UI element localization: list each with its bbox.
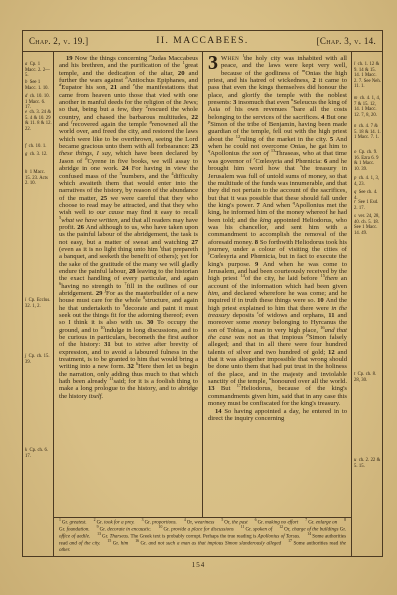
margin-note-reference: ver. 24, 28, 40. ch. 5. 18. See 1 Macc. …: [354, 214, 380, 236]
body-text: recovered again the temple: [73, 121, 150, 128]
margin-note-letter: u: [354, 458, 356, 463]
margin-note: p ch. 4. 1, 3, 4, 23.: [354, 176, 381, 187]
body-text: Or,: [224, 521, 232, 526]
body-text: Gr.: [258, 521, 266, 526]
body-text: numbers, and the: [122, 173, 172, 180]
italic-text: him: [208, 290, 218, 297]
verse-number: 30: [147, 319, 157, 326]
book-title: II. MACCABEES.: [156, 36, 249, 46]
body-text: insomuch that even: [238, 99, 291, 106]
italic-text: spoken of: [253, 528, 272, 533]
body-text: Eupator his son,: [61, 84, 110, 91]
body-text: and: [59, 121, 71, 128]
margin-note: h 1 Macc. 15. 23. Acts 2. 10.: [25, 170, 52, 187]
footnote-marker: 8: [344, 518, 346, 522]
verse-number: 27: [191, 239, 198, 246]
margin-note-letter: n: [354, 124, 356, 129]
margin-note-reference: 1 Macc. 15. 23. Acts 2. 10.: [25, 170, 48, 186]
verse-number: 22: [191, 114, 198, 121]
margin-note-reference: ch. 3. 12.: [28, 152, 47, 157]
verse-number: 21: [110, 84, 120, 91]
margin-note-reference: Cp. Ecclus. 32. 1, 2.: [25, 298, 50, 309]
margin-note-reference: See 1 Macc. 1. 10.: [25, 80, 49, 91]
verse-number: 9: [255, 261, 263, 268]
italic-text: Apollonius of Tarsus.: [258, 535, 301, 540]
chapter-drop-cap: 3: [208, 56, 218, 71]
page-body: a Cp. 1 Macc. 2. 2—5.b See 1 Macc. 1. 10…: [23, 52, 382, 556]
margin-note: n ch. 4. 7 & 5. 18 & 14. 1. 1 Macc. 7. 1…: [354, 124, 381, 141]
verse-number: 10: [317, 297, 326, 304]
header-left-chapter: Chap. 2, v. 19.]: [29, 36, 88, 46]
verse-number: 24: [122, 165, 132, 172]
margin-note: o Cp. ch. 9. 16. Ezra 6. 9 & 1 Macc. 10.…: [354, 150, 381, 172]
margin-note-letter: q: [354, 190, 356, 195]
margin-note-reference: Cp. 1 Macc. 2. 2—5.: [25, 62, 50, 78]
header-right-chapter: [Chap. 3, v. 14.: [317, 36, 376, 46]
body-text: Gr.: [308, 521, 316, 526]
margin-note: i Cp. Ecclus. 32. 1, 2.: [25, 298, 52, 309]
margin-note-reference: ch. 4. 1, 4, 7 & 15. 12, 14. 1 Macc. 12.…: [354, 96, 380, 118]
text-paragraph: 14 So having appointed a day, he entered…: [208, 408, 347, 423]
italic-text: and of the city.: [69, 542, 100, 547]
body-text: Now the things concerning: [75, 55, 150, 62]
italic-text: money: [253, 319, 270, 326]
left-text-column: 19 Now the things concerning aJudas Macc…: [54, 52, 202, 517]
smallcaps-text: When: [221, 55, 243, 62]
page-number: 154: [0, 561, 397, 569]
margin-note-letter: a: [25, 62, 27, 67]
book-page: Chap. 2, v. 19.] II. MACCABEES. [Chap. 3…: [0, 0, 397, 595]
body-text: deposits: [230, 312, 257, 319]
margin-note-letter: h: [25, 170, 27, 175]
margin-note-reference: ch. 10. 1.: [27, 144, 46, 149]
margin-note: u ch. 2. 22 & 5. 15.: [354, 458, 381, 469]
italic-text: weariness: [194, 521, 214, 526]
verse-number: 29: [96, 290, 105, 297]
margin-note-reference: ch. 10. 10. 1 Macc. 6. 17.: [25, 94, 50, 110]
footnotes-block: 1 Gr. greatest.2 Gr. took for a prey.3 G…: [54, 517, 351, 556]
verse-number: 13: [208, 385, 221, 392]
margin-note: f ch. 10. 1.: [25, 144, 52, 150]
body-text: Apollonius: [210, 150, 242, 157]
verse-number: 26: [77, 224, 86, 231]
page-frame: Chap. 2, v. 19.] II. MACCABEES. [Chap. 3…: [22, 30, 383, 557]
margin-note: m ch. 4. 1, 4, 7 & 15. 12, 14. 1 Macc. 1…: [354, 96, 381, 118]
margin-note: j Cp. ch. 15. 39.: [25, 354, 52, 365]
body-text: And when: [262, 202, 292, 209]
body-text: The Greek text is probably corrupt. Perh…: [129, 535, 257, 540]
margin-note-reference: ch. 1. 12 & 9. 14 & 15. 14. 1 Macc. 2. 7…: [354, 62, 381, 89]
italic-text: greatest.: [69, 521, 86, 526]
italic-text: them: [325, 275, 338, 282]
body-text: (even as it is no light thing unto him: [59, 246, 160, 253]
verse-number: 31: [104, 341, 114, 348]
margin-note-reference: ch. 3. 24 & 5. 4 & 10. 29 & 11. 8 & 12. …: [25, 110, 52, 132]
body-text: having no strength to: [61, 283, 124, 290]
italic-text: took for a prey.: [104, 521, 135, 526]
margin-note-letter: g: [25, 152, 27, 157]
verse-number: 25: [101, 195, 111, 202]
margin-note: k Cp. ch. 6. 17.: [25, 448, 52, 459]
text-paragraph: 19 Now the things concerning aJudas Macc…: [59, 55, 198, 400]
margin-note-letter: b: [25, 80, 27, 85]
margin-note-letter: s: [354, 214, 356, 219]
margin-note-reference: Cp. ch. 15. 39.: [25, 354, 50, 365]
margin-note-letter: p: [354, 176, 356, 181]
body-text: Gr.: [338, 528, 346, 533]
italic-text: and not such a man as that impious Simon…: [149, 542, 282, 547]
margin-note: r See 1 Esd. 2. 17.: [354, 200, 381, 211]
italic-text: him: [121, 542, 129, 547]
margin-note: t Cp. ch. 8. 28, 30.: [354, 372, 381, 383]
text-paragraph: 1 Gr. greatest.2 Gr. took for a prey.3 G…: [59, 520, 346, 554]
body-text: of the city, he laid before: [245, 275, 321, 282]
right-text-column: 3When lthe holy city was inhabited with …: [202, 52, 351, 517]
body-text: and: [120, 84, 133, 91]
italic-text: charge of the buildings: [292, 528, 339, 533]
body-text: But one: [326, 114, 347, 121]
margin-note-letter: e: [25, 110, 27, 115]
italic-text: office of aedile.: [59, 535, 90, 540]
body-text: Some authorities read: [293, 542, 339, 547]
body-text: Gr.: [145, 521, 153, 526]
margin-note-letter: m: [354, 96, 357, 101]
italic-text: enlarge on: [316, 521, 337, 526]
right-margin-notes-column: l ch. 1. 12 & 9. 14 & 15. 14. 1 Macc. 2.…: [351, 52, 382, 556]
verse-number: 28: [129, 268, 137, 275]
margin-note-reference: See 1 Esd. 2. 17.: [354, 200, 378, 211]
italic-text: what we have written,: [61, 217, 119, 224]
body-text: Gr.: [245, 528, 253, 533]
text-paragraph: 3When lthe holy city was inhabited with …: [208, 55, 347, 408]
body-text: of widows and orphans,: [259, 312, 329, 319]
margin-note-reference: See ch. 4. 4.: [354, 190, 377, 201]
margin-note-reference: ch. 4. 7 & 5. 18 & 14. 1. 1 Macc. 7. 1.: [354, 124, 381, 140]
verse-number: 32: [127, 363, 136, 370]
margin-note-letter: k: [25, 448, 27, 453]
italic-text: decorate in encaustic.: [107, 528, 151, 533]
body-text: Or,: [284, 528, 292, 533]
margin-note-reference: Cp. ch. 8. 28, 30.: [354, 372, 376, 383]
body-text: Gr.: [113, 542, 121, 547]
verse-number: 23: [191, 143, 198, 150]
margin-note: d ch. 10. 10. 1 Macc. 6. 17.: [25, 94, 52, 111]
margin-note-reference: ch. 2. 22 & 5. 15.: [354, 458, 380, 469]
body-text: may find it easy to recall: [124, 209, 198, 216]
margin-note: b See 1 Macc. 1. 10.: [25, 80, 52, 91]
margin-note: s ver. 24, 28, 40. ch. 5. 18. See 1 Macc…: [354, 214, 381, 236]
body-text: Gr.: [141, 542, 149, 547]
margin-note-letter: o: [354, 150, 356, 155]
italic-text: foundation.: [67, 528, 90, 533]
margin-note: e ch. 3. 24 & 5. 4 & 10. 29 & 11. 8 & 12…: [25, 110, 52, 132]
body-text: Cœlesyria and Phœnicia:: [255, 158, 324, 165]
text-area: 19 Now the things concerning aJudas Macc…: [54, 52, 351, 556]
page-header: Chap. 2, v. 19.] II. MACCABEES. [Chap. 3…: [23, 31, 382, 52]
body-text: Gr.: [59, 528, 67, 533]
italic-text: itself.: [89, 393, 103, 400]
verse-number: 14: [215, 408, 224, 415]
margin-note: l ch. 1. 12 & 9. 14 & 15. 14. 1 Macc. 2.…: [354, 62, 381, 90]
margin-note-letter: d: [25, 94, 27, 99]
body-text: ruling of the market in the city.: [240, 136, 330, 143]
verse-number: 19: [66, 55, 75, 62]
left-margin-notes-column: a Cp. 1 Macc. 2. 2—5.b See 1 Macc. 1. 10…: [23, 52, 54, 556]
body-text: But: [221, 385, 237, 392]
margin-note-reference: Cp. ch. 9. 16. Ezra 6. 9 & 1 Macc. 10. 3…: [354, 150, 378, 172]
margin-note-reference: Cp. ch. 6. 17.: [25, 448, 48, 459]
verse-number: 20: [178, 70, 189, 77]
body-text: Antiochus Epiphanes, and: [128, 77, 198, 84]
italic-text: to our cause: [89, 209, 124, 216]
text-columns: 19 Now the things concerning aJudas Macc…: [54, 52, 351, 517]
body-text: Gr.: [163, 528, 171, 533]
margin-note: a Cp. 1 Macc. 2. 2—5.: [25, 62, 52, 79]
margin-note: g ch. 3. 12.: [25, 152, 52, 158]
margin-note-letter: r: [354, 200, 356, 205]
body-text: So having appointed a day, he entered in…: [208, 408, 347, 422]
italic-text: proportions.: [152, 521, 177, 526]
italic-text: provide a place for discussions: [171, 528, 234, 533]
body-text: not as that impious: [245, 334, 307, 341]
margin-note-reference: ch. 4. 1, 3, 4, 23.: [354, 176, 379, 187]
italic-text: king: [260, 217, 271, 224]
